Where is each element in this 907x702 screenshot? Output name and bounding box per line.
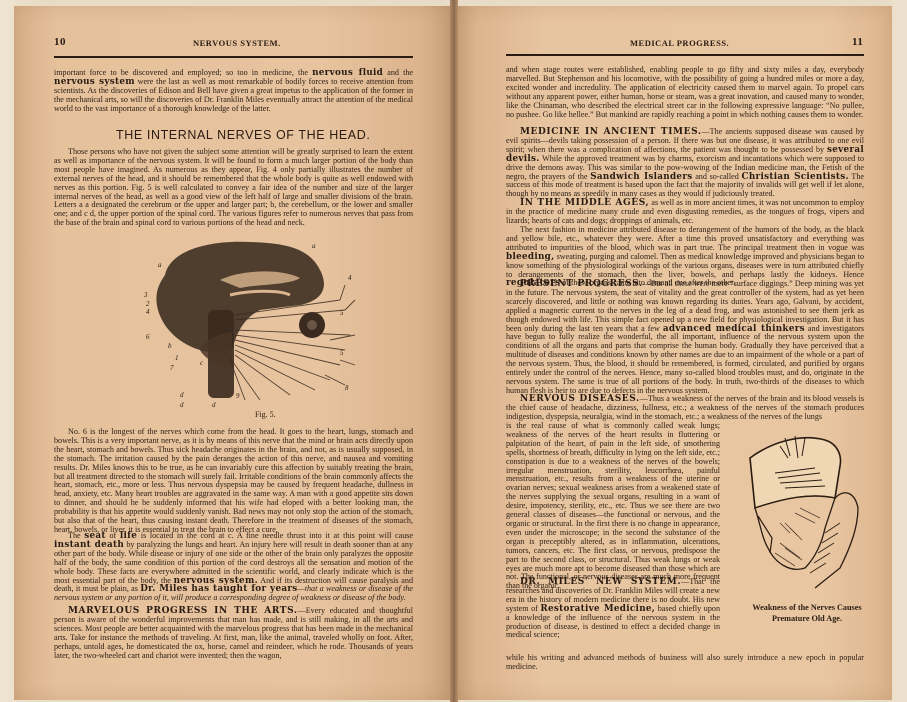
book-gutter xyxy=(450,0,458,702)
ancient-text-d: and so-called xyxy=(693,172,742,181)
fashion-text-a: The next fashion in medicine attributed … xyxy=(506,225,864,252)
svg-text:9: 9 xyxy=(236,392,240,400)
book-spread: 10 NERVOUS SYSTEM. important force to be… xyxy=(0,0,907,702)
svg-text:4: 4 xyxy=(146,308,150,316)
right-page-number: 11 xyxy=(852,36,863,48)
svg-text:a: a xyxy=(158,261,162,269)
seat-of-life-paragraph: The seat of life is located in the cord … xyxy=(54,532,413,603)
old-man-portrait-illustration xyxy=(730,428,880,593)
nervous-diseases-intro: NERVOUS DISEASES.—Thus a weakness of the… xyxy=(506,395,864,422)
marvelous-text: —Every educated and thoughtful person is… xyxy=(54,606,413,660)
svg-text:4: 4 xyxy=(348,274,352,282)
portrait-caption-line-2: Premature Old Age. xyxy=(728,613,886,624)
svg-text:5: 5 xyxy=(340,349,344,357)
marvelous-progress-paragraph: MARVELOUS PROGRESS IN THE ARTS.—Every ed… xyxy=(54,607,413,660)
background-edge-right xyxy=(891,0,907,702)
svg-text:7: 7 xyxy=(170,364,174,372)
ancient-times-paragraph: MEDICINE IN ANCIENT TIMES.—The ancients … xyxy=(506,128,864,199)
svg-text:b: b xyxy=(168,342,172,350)
svg-text:5: 5 xyxy=(340,309,344,317)
left-page-number: 10 xyxy=(54,36,66,48)
new-system-closing: while his writing and advanced methods o… xyxy=(506,654,864,672)
portrait-caption-line-1: Weakness of the Nerves Causes xyxy=(728,602,886,613)
continuation-paragraph: and when stage routes were established, … xyxy=(506,66,864,119)
present-text-b: and investigators have begun to fully re… xyxy=(506,324,864,395)
svg-text:d: d xyxy=(180,391,184,399)
left-intro-text: important force to be discovered and emp… xyxy=(54,69,413,114)
svg-text:2: 2 xyxy=(146,300,150,308)
present-progress-paragraph: PRESENT PROGRESS.—But all these were mer… xyxy=(506,280,864,396)
portrait-caption: Weakness of the Nerves Causes Premature … xyxy=(728,602,886,624)
middle-ages-paragraph: IN THE MIDDLE AGES, as well as in more a… xyxy=(506,199,864,226)
right-running-head: MEDICAL PROGRESS. xyxy=(630,38,729,48)
internal-nerves-text: Those persons who have not given the sub… xyxy=(54,148,413,228)
left-header-rule xyxy=(54,56,413,58)
right-header-rule xyxy=(506,54,864,56)
internal-nerves-paragraph: Those persons who have not given the sub… xyxy=(54,148,413,228)
figure-5-caption: Fig. 5. xyxy=(255,410,276,419)
left-running-head: NERVOUS SYSTEM. xyxy=(193,38,281,48)
new-system-text-d: while his writing and advanced methods o… xyxy=(506,654,864,672)
section-title-internal-nerves: THE INTERNAL NERVES OF THE HEAD. xyxy=(116,128,370,142)
intro-text-a: important force to be discovered and emp… xyxy=(54,68,312,77)
svg-text:3: 3 xyxy=(143,291,148,299)
fashion-text-c: sweating, purging and calomel. Then as m… xyxy=(506,252,864,279)
svg-text:8: 8 xyxy=(345,384,349,392)
continuation-text: and when stage routes were established, … xyxy=(506,66,864,119)
brain-nerves-illustration: aa32 46b1 7cdd d985 45 xyxy=(140,240,370,410)
seat-text-d: is located in the cord at c. A fine need… xyxy=(137,531,413,540)
nervous-diseases-column: is the real cause of what is commonly ca… xyxy=(506,422,720,591)
seat-text-a: The xyxy=(68,531,84,540)
seat-text-c: of xyxy=(106,531,120,540)
no6-paragraph: No. 6 is the longest of the nerves which… xyxy=(54,428,413,535)
new-system-paragraph: DR. MILES' NEW SYSTEM.—That the research… xyxy=(506,578,720,640)
svg-text:a: a xyxy=(312,242,316,250)
svg-text:d: d xyxy=(212,401,216,409)
no6-text: No. 6 is the longest of the nerves which… xyxy=(54,428,413,535)
nervous-diseases-column-text: is the real cause of what is commonly ca… xyxy=(506,422,720,591)
svg-text:6: 6 xyxy=(146,333,150,341)
svg-text:c: c xyxy=(200,359,204,367)
svg-text:d: d xyxy=(180,401,184,409)
intro-text-c: and the xyxy=(383,68,413,77)
svg-text:1: 1 xyxy=(175,354,179,362)
